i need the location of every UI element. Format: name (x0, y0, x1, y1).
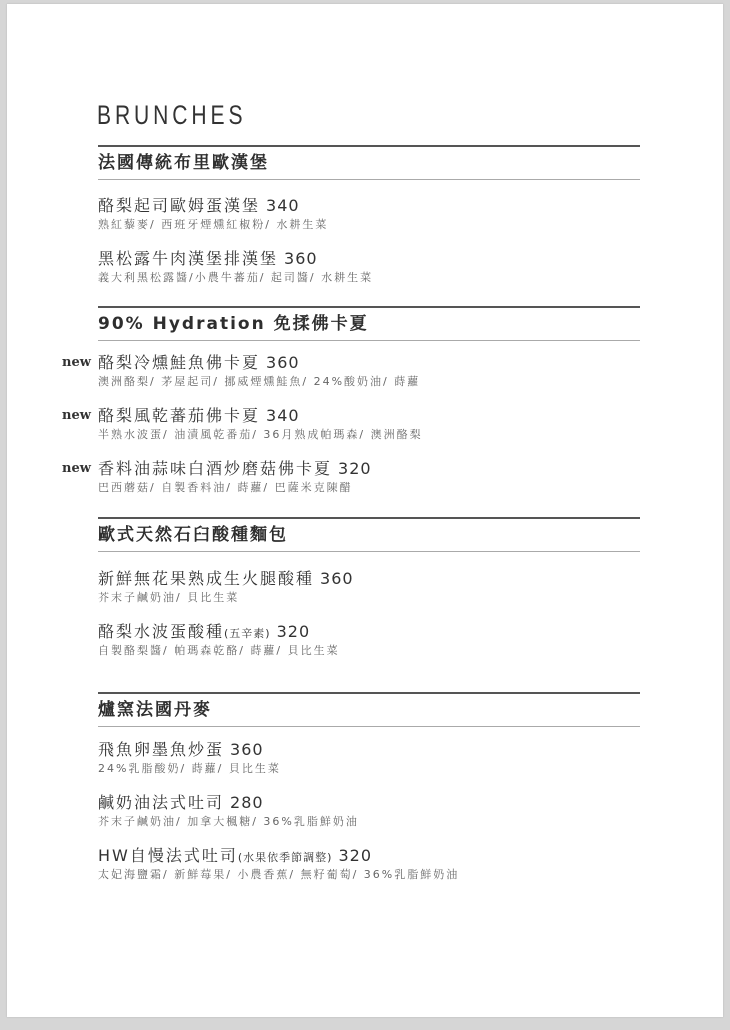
new-badge: new (62, 405, 91, 427)
item-price: 360 (230, 740, 264, 759)
item-name: 黑松露牛肉漢堡排漢堡 (98, 249, 278, 268)
section-title: 爐窯法國丹麥 (98, 692, 640, 727)
item-description: 太妃海鹽霜/ 新鮮莓果/ 小農香蕉/ 無籽葡萄/ 36%乳脂鮮奶油 (98, 867, 658, 883)
item-name: 新鮮無花果熟成生火腿酸種 (98, 569, 314, 588)
item-description: 24%乳脂酸奶/ 蒔蘿/ 貝比生菜 (98, 761, 658, 777)
item-price: 360 (266, 353, 300, 372)
item-price: 280 (230, 793, 264, 812)
item-price: 320 (338, 846, 372, 865)
new-badge: new (62, 352, 91, 374)
item-description: 巴西蘑菇/ 自製香料油/ 蒔蘿/ 巴薩米克陳醋 (98, 480, 658, 496)
menu-item: 酪梨起司歐姆蛋漢堡340 熟紅藜麥/ 西班牙煙燻紅椒粉/ 水耕生菜 (98, 195, 658, 233)
menu-item: 酪梨水波蛋酸種(五辛素)320 自製酪梨醬/ 帕瑪森乾酪/ 蒔蘿/ 貝比生菜 (98, 621, 658, 659)
item-description: 半熟水波蛋/ 油漬風乾番茄/ 36月熟成帕瑪森/ 澳洲酪梨 (98, 427, 658, 443)
section-title: 法國傳統布里歐漢堡 (98, 145, 640, 180)
menu-item: 鹹奶油法式吐司280 芥末子鹹奶油/ 加拿大楓糖/ 36%乳脂鮮奶油 (98, 792, 658, 830)
menu-item: 新鮮無花果熟成生火腿酸種360 芥末子鹹奶油/ 貝比生菜 (98, 568, 658, 606)
item-price: 320 (277, 622, 311, 641)
item-description: 義大利黑松露醬/小農牛蕃茄/ 起司醬/ 水耕生菜 (98, 270, 658, 286)
section-danish: 爐窯法國丹麥 飛魚卵墨魚炒蛋360 24%乳脂酸奶/ 蒔蘿/ 貝比生菜 鹹奶油法… (98, 692, 640, 727)
item-price: 320 (338, 459, 372, 478)
menu-item: new 酪梨冷燻鮭魚佛卡夏360 澳洲酪梨/ 茅屋起司/ 挪威煙燻鮭魚/ 24%… (98, 352, 658, 390)
menu-item: new 酪梨風乾蕃茄佛卡夏340 半熟水波蛋/ 油漬風乾番茄/ 36月熟成帕瑪森… (98, 405, 658, 443)
item-description: 澳洲酪梨/ 茅屋起司/ 挪威煙燻鮭魚/ 24%酸奶油/ 蒔蘿 (98, 374, 658, 390)
item-description: 芥末子鹹奶油/ 加拿大楓糖/ 36%乳脂鮮奶油 (98, 814, 658, 830)
section-brioche-burgers: 法國傳統布里歐漢堡 酪梨起司歐姆蛋漢堡340 熟紅藜麥/ 西班牙煙燻紅椒粉/ 水… (98, 145, 640, 180)
item-name: 酪梨冷燻鮭魚佛卡夏 (98, 353, 260, 372)
menu-item: 黑松露牛肉漢堡排漢堡360 義大利黑松露醬/小農牛蕃茄/ 起司醬/ 水耕生菜 (98, 248, 658, 286)
item-name: 飛魚卵墨魚炒蛋 (98, 740, 224, 759)
menu-item: 飛魚卵墨魚炒蛋360 24%乳脂酸奶/ 蒔蘿/ 貝比生菜 (98, 739, 658, 777)
section-focaccia: 90% Hydration 免揉佛卡夏 new 酪梨冷燻鮭魚佛卡夏360 澳洲酪… (98, 306, 640, 341)
item-name: 酪梨風乾蕃茄佛卡夏 (98, 406, 260, 425)
item-note: (水果依季節調整) (238, 851, 333, 864)
item-name: 鹹奶油法式吐司 (98, 793, 224, 812)
item-price: 360 (284, 249, 318, 268)
item-note: (五辛素) (224, 627, 271, 640)
section-sourdough: 歐式天然石臼酸種麵包 新鮮無花果熟成生火腿酸種360 芥末子鹹奶油/ 貝比生菜 … (98, 517, 640, 552)
item-name: 香料油蒜味白酒炒磨菇佛卡夏 (98, 459, 332, 478)
item-name: 酪梨水波蛋酸種 (98, 622, 224, 641)
item-description: 熟紅藜麥/ 西班牙煙燻紅椒粉/ 水耕生菜 (98, 217, 658, 233)
new-badge: new (62, 458, 91, 480)
item-name: 酪梨起司歐姆蛋漢堡 (98, 196, 260, 215)
menu-title: BRUNCHES (97, 100, 246, 131)
item-description: 芥末子鹹奶油/ 貝比生菜 (98, 590, 658, 606)
item-price: 360 (320, 569, 354, 588)
item-price: 340 (266, 196, 300, 215)
section-title: 歐式天然石臼酸種麵包 (98, 517, 640, 552)
menu-item: HW自慢法式吐司(水果依季節調整)320 太妃海鹽霜/ 新鮮莓果/ 小農香蕉/ … (98, 845, 658, 883)
section-title: 90% Hydration 免揉佛卡夏 (98, 306, 640, 341)
menu-item: new 香料油蒜味白酒炒磨菇佛卡夏320 巴西蘑菇/ 自製香料油/ 蒔蘿/ 巴薩… (98, 458, 658, 496)
item-name: HW自慢法式吐司 (98, 846, 238, 865)
item-description: 自製酪梨醬/ 帕瑪森乾酪/ 蒔蘿/ 貝比生菜 (98, 643, 658, 659)
menu-page: BRUNCHES 法國傳統布里歐漢堡 酪梨起司歐姆蛋漢堡340 熟紅藜麥/ 西班… (7, 4, 723, 1017)
item-price: 340 (266, 406, 300, 425)
